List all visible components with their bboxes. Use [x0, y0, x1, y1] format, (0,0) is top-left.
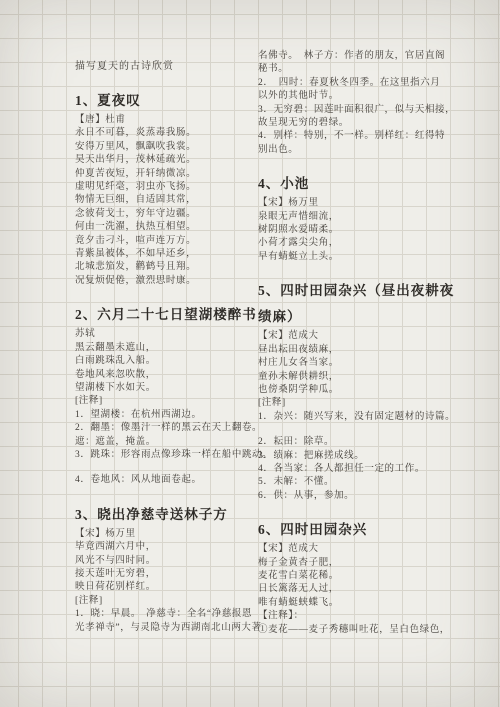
text-line: 名佛寺。 林子方：作者的朋友，官居直阁 — [258, 50, 458, 63]
poem-section-heading: 4、小池 — [258, 171, 458, 197]
text-line: 秘书。 — [258, 63, 458, 76]
text-line: 4．各当家：各人都担任一定的工作。 — [258, 463, 458, 476]
text-line: 遮：遮盖，掩盖。 — [75, 436, 257, 449]
poem-section-heading: 5、四时田园杂兴（昼出夜耕夜绩麻） — [258, 278, 458, 330]
text-line: 唯有蜻蜓蛱蝶飞。 — [258, 597, 458, 610]
text-line: 【注释】： — [258, 610, 458, 623]
text-line: 物情无巨细，自适固其常， — [75, 194, 257, 207]
document-page: 描写夏天的古诗欣赏 1、夏夜叹【唐】杜甫永日不可暮，炎蒸毒我肠。安得万里风，飘飖… — [0, 0, 500, 707]
text-line: 接天莲叶无穷碧， — [75, 568, 257, 581]
text-line: 以外的其他时节。 — [258, 90, 458, 103]
text-line: 3．跳珠：形容雨点像珍珠一样在船中跳动。 — [75, 449, 257, 462]
text-line: 日长篱落无人过， — [258, 583, 458, 596]
text-line: 风光不与四时同。 — [75, 555, 257, 568]
poem-section-heading: 2、六月二十七日望湖楼醉书 — [75, 302, 257, 328]
text-line: 虚明见纤毫，羽虫亦飞扬。 — [75, 181, 257, 194]
text-line: 何由一洗濯，执热互相望。 — [75, 221, 257, 234]
text-line: 黑云翻墨未遮山， — [75, 342, 257, 355]
poem-author: 【宋】杨万里 — [258, 197, 458, 210]
text-line: 北城悲笳发，鹳鹤号且翔。 — [75, 261, 257, 274]
right-column: 名佛寺。 林子方：作者的朋友，官居直阁秘书。2． 四时：春夏秋冬四季。在这里指六… — [258, 50, 458, 637]
text-line: 光孝禅寺”，与灵隐寺为西湖南北山两大著 — [75, 622, 257, 635]
text-line: 安得万里风，飘飖吹我裳。 — [75, 141, 257, 154]
text-line: 4．别样：特别，不一样。别样红：红得特 — [258, 130, 458, 143]
text-line: 树阴照水爱晴柔。 — [258, 224, 458, 237]
text-line: 4．卷地风：风从地面卷起。 — [75, 474, 257, 487]
text-line: 1．望湖楼：在杭州西湖边。 — [75, 409, 257, 422]
text-line: 望湖楼下水如天。 — [75, 382, 257, 395]
poem-author: 【宋】范成大 — [258, 330, 458, 343]
text-line: [注释] — [75, 395, 257, 408]
poem-section-heading: 3、晓出净慈寺送林子方 — [75, 502, 257, 528]
poem-author: 【唐】杜甫 — [75, 114, 257, 127]
text-line: 永日不可暮，炎蒸毒我肠。 — [75, 127, 257, 140]
text-line: 3．无穷碧：因莲叶面积很广，似与天相接， — [258, 104, 458, 117]
spacer — [75, 462, 257, 474]
text-line: 白雨跳珠乱入船。 — [75, 355, 257, 368]
text-line: 村庄儿女各当家。 — [258, 357, 458, 370]
text-line: 1．杂兴：随兴写来，没有固定题材的诗篇。 — [258, 411, 458, 424]
text-line: 念彼荷戈士，穷年守边疆。 — [75, 208, 257, 221]
text-line: 童孙未解供耕织， — [258, 371, 458, 384]
text-line: 5．未解：不懂。 — [258, 476, 458, 489]
text-line: 也傍桑阴学种瓜。 — [258, 384, 458, 397]
text-line: 仲夏苦夜短，开轩纳微凉。 — [75, 168, 257, 181]
text-line: 青紫虽被体，不如早还乡， — [75, 248, 257, 261]
text-line: [注释] — [258, 397, 458, 410]
text-line: 昼出耘田夜绩麻， — [258, 344, 458, 357]
poem-author: 【宋】杨万里 — [75, 528, 257, 541]
text-line: ①麦花——麦子秀穗叫吐花，呈白色绿色， — [258, 624, 458, 637]
text-line: 梅子金黄杏子肥， — [258, 557, 458, 570]
text-line: 3．绩麻：把麻搓成线。 — [258, 450, 458, 463]
text-line: 2．翻墨：像墨汁一样的黑云在天上翻卷。 — [75, 422, 257, 435]
text-line: 麦花雪白菜花稀。 — [258, 570, 458, 583]
text-line: 小荷才露尖尖角， — [258, 237, 458, 250]
text-line: 6．供：从事，参加。 — [258, 490, 458, 503]
text-line: 1．晓：早晨。 净慈寺：全名“净慈报恩 — [75, 608, 257, 621]
text-line: 故呈现无穷的碧绿。 — [258, 117, 458, 130]
text-line: 况复烦促倦，激烈思时康。 — [75, 275, 257, 288]
poem-section-heading: 1、夏夜叹 — [75, 88, 257, 114]
doc-title: 描写夏天的古诗欣赏 — [75, 60, 257, 74]
poem-author: 【宋】范成大 — [258, 543, 458, 556]
poem-section-heading: 6、四时田园杂兴 — [258, 517, 458, 543]
spacer — [258, 424, 458, 436]
text-line: 卷地风来忽吹散， — [75, 369, 257, 382]
text-line: 2． 四时：春夏秋冬四季。在这里指六月 — [258, 77, 458, 90]
text-line: 竟夕击刁斗，喧声连万方。 — [75, 235, 257, 248]
text-line: 毕竟西湖六月中， — [75, 541, 257, 554]
poem-author: 苏轼 — [75, 328, 257, 341]
text-line: 2．耘田：除草。 — [258, 436, 458, 449]
text-line: 映日荷花别样红。 — [75, 581, 257, 594]
text-line: 泉眼无声惜细流， — [258, 211, 458, 224]
text-line: 别出色。 — [258, 144, 458, 157]
text-line: 早有蜻蜓立上头。 — [258, 251, 458, 264]
text-line: 昊天出华月，茂林延疏光。 — [75, 154, 257, 167]
left-column: 描写夏天的古诗欣赏 1、夏夜叹【唐】杜甫永日不可暮，炎蒸毒我肠。安得万里风，飘飖… — [75, 52, 257, 635]
text-line: [注释] — [75, 595, 257, 608]
